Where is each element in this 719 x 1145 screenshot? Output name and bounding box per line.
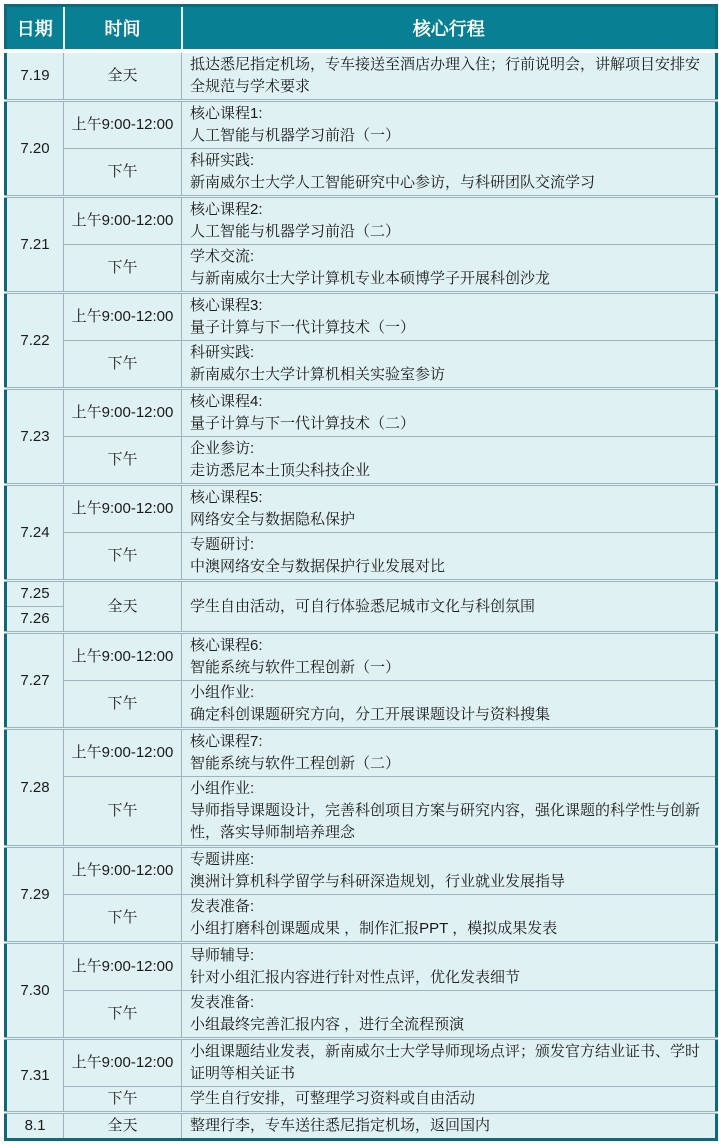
activity-text-line: 抵达悉尼指定机场，专车接送至酒店办理入住；行前说明会，讲解项目安排安全规范与学术…: [190, 54, 707, 98]
itinerary-cell: 企业参访:走访悉尼本土顶尖科技企业: [182, 437, 717, 485]
table-row: 7.19全天抵达悉尼指定机场，专车接送至酒店办理入住；行前说明会，讲解项目安排安…: [6, 51, 717, 101]
time-cell: 下午: [64, 777, 182, 847]
table-row: 7.28上午9:00-12:00核心课程7:智能系统与软件工程创新（二）: [6, 729, 717, 777]
itinerary-table: 日期时间核心行程 7.19全天抵达悉尼指定机场，专车接送至酒店办理入住；行前说明…: [4, 4, 718, 1141]
itinerary-cell: 学生自由活动，可自行体验悉尼城市文化与科创氛围: [182, 581, 717, 633]
itinerary-cell: 学生自行安排，可整理学习资料或自由活动: [182, 1087, 717, 1113]
itinerary-cell: 导师辅导:针对小组汇报内容进行针对性点评，优化发表细节: [182, 943, 717, 991]
activity-text-line: 导师指导课题设计，完善科创项目方案与研究内容，强化课题的科学性与创新性，落实导师…: [190, 800, 707, 844]
time-cell: 上午9:00-12:00: [64, 389, 182, 437]
time-cell: 上午9:00-12:00: [64, 197, 182, 245]
activity-title-line: 小组作业:: [190, 682, 707, 704]
date-cell: 7.31: [6, 1039, 64, 1113]
table-row: 7.20上午9:00-12:00核心课程1:人工智能与机器学习前沿（一）: [6, 101, 717, 149]
time-cell: 上午9:00-12:00: [64, 1039, 182, 1087]
activity-title-line: 导师辅导:: [190, 945, 707, 967]
activity-title-line: 科研实践:: [190, 342, 707, 364]
date-cell: 7.22: [6, 293, 64, 389]
activity-text-line: 人工智能与机器学习前沿（二）: [190, 221, 707, 243]
table-row: 7.27上午9:00-12:00核心课程6:智能系统与软件工程创新（一）: [6, 633, 717, 681]
table-row: 下午科研实践:新南威尔士大学计算机相关实验室参访: [6, 341, 717, 389]
time-cell: 上午9:00-12:00: [64, 943, 182, 991]
time-cell: 全天: [64, 51, 182, 101]
activity-text-line: 澳洲计算机科学留学与科研深造规划，行业就业发展指导: [190, 871, 707, 893]
date-cell: 7.24: [6, 485, 64, 581]
time-cell: 下午: [64, 681, 182, 729]
activity-text-line: 走访悉尼本土顶尖科技企业: [190, 460, 707, 482]
time-cell: 下午: [64, 341, 182, 389]
activity-title-line: 企业参访:: [190, 438, 707, 460]
table-row: 7.31上午9:00-12:00小组课题结业发表，新南威尔士大学导师现场点评；颁…: [6, 1039, 717, 1087]
date-cell: 7.26: [6, 607, 64, 633]
activity-text-line: 针对小组汇报内容进行针对性点评，优化发表细节: [190, 967, 707, 989]
date-cell: 7.27: [6, 633, 64, 729]
table-row: 下午小组作业:导师指导课题设计，完善科创项目方案与研究内容，强化课题的科学性与创…: [6, 777, 717, 847]
column-header-core-itinerary: 核心行程: [182, 6, 717, 52]
date-cell: 7.25: [6, 581, 64, 607]
table-row: 下午发表准备:小组打磨科创课题成果 ，制作汇报PPT ，模拟成果发表: [6, 895, 717, 943]
activity-title-line: 核心课程4:: [190, 391, 707, 413]
activity-text-line: 人工智能与机器学习前沿（一）: [190, 125, 707, 147]
activity-title-line: 小组作业:: [190, 778, 707, 800]
itinerary-cell: 小组作业:导师指导课题设计，完善科创项目方案与研究内容，强化课题的科学性与创新性…: [182, 777, 717, 847]
date-cell: 7.29: [6, 847, 64, 943]
activity-title-line: 科研实践:: [190, 150, 707, 172]
activity-text-line: 新南威尔士大学人工智能研究中心参访，与科研团队交流学习: [190, 172, 707, 194]
itinerary-cell: 核心课程6:智能系统与软件工程创新（一）: [182, 633, 717, 681]
itinerary-cell: 专题讲座:澳洲计算机科学留学与科研深造规划，行业就业发展指导: [182, 847, 717, 895]
activity-title-line: 核心课程5:: [190, 487, 707, 509]
activity-title-line: 专题研讨:: [190, 534, 707, 556]
activity-text-line: 整理行李，专车送往悉尼指定机场，返回国内: [190, 1115, 707, 1137]
activity-title-line: 专题讲座:: [190, 849, 707, 871]
activity-text-line: 确定科创课题研究方向，分工开展课题设计与资料搜集: [190, 704, 707, 726]
itinerary-cell: 抵达悉尼指定机场，专车接送至酒店办理入住；行前说明会，讲解项目安排安全规范与学术…: [182, 51, 717, 101]
activity-text-line: 智能系统与软件工程创新（二）: [190, 753, 707, 775]
activity-text-line: 与新南威尔士大学计算机专业本硕博学子开展科创沙龙: [190, 268, 707, 290]
time-cell: 下午: [64, 437, 182, 485]
itinerary-cell: 整理行李，专车送往悉尼指定机场，返回国内: [182, 1113, 717, 1140]
itinerary-cell: 发表准备:小组最终完善汇报内容 ，进行全流程预演: [182, 991, 717, 1039]
activity-text-line: 学生自由活动，可自行体验悉尼城市文化与科创氛围: [190, 596, 707, 618]
table-row: 7.30上午9:00-12:00导师辅导:针对小组汇报内容进行针对性点评，优化发…: [6, 943, 717, 991]
activity-title-line: 核心课程7:: [190, 731, 707, 753]
table-row: 下午企业参访:走访悉尼本土顶尖科技企业: [6, 437, 717, 485]
time-cell: 上午9:00-12:00: [64, 293, 182, 341]
activity-title-line: 核心课程3:: [190, 295, 707, 317]
time-cell: 下午: [64, 533, 182, 581]
column-header-time: 时间: [64, 6, 182, 52]
activity-text-line: 智能系统与软件工程创新（一）: [190, 657, 707, 679]
itinerary-cell: 核心课程1:人工智能与机器学习前沿（一）: [182, 101, 717, 149]
activity-text-line: 量子计算与下一代计算技术（二）: [190, 413, 707, 435]
activity-text-line: 新南威尔士大学计算机相关实验室参访: [190, 364, 707, 386]
table-row: 7.23上午9:00-12:00核心课程4:量子计算与下一代计算技术（二）: [6, 389, 717, 437]
itinerary-cell: 专题研讨:中澳网络安全与数据保护行业发展对比: [182, 533, 717, 581]
table-row: 下午学生自行安排，可整理学习资料或自由活动: [6, 1087, 717, 1113]
table-row: 下午小组作业:确定科创课题研究方向，分工开展课题设计与资料搜集: [6, 681, 717, 729]
itinerary-cell: 核心课程4:量子计算与下一代计算技术（二）: [182, 389, 717, 437]
time-cell: 下午: [64, 149, 182, 197]
activity-text-line: 中澳网络安全与数据保护行业发展对比: [190, 556, 707, 578]
time-cell: 上午9:00-12:00: [64, 729, 182, 777]
time-cell: 上午9:00-12:00: [64, 101, 182, 149]
date-cell: 7.19: [6, 51, 64, 101]
date-cell: 7.23: [6, 389, 64, 485]
activity-text-line: 小组课题结业发表，新南威尔士大学导师现场点评；颁发官方结业证书、学时证明等相关证…: [190, 1041, 707, 1085]
itinerary-cell: 发表准备:小组打磨科创课题成果 ，制作汇报PPT ，模拟成果发表: [182, 895, 717, 943]
table-row: 下午科研实践:新南威尔士大学人工智能研究中心参访，与科研团队交流学习: [6, 149, 717, 197]
activity-text-line: 学生自行安排，可整理学习资料或自由活动: [190, 1088, 707, 1110]
time-cell: 全天: [64, 1113, 182, 1140]
time-cell: 上午9:00-12:00: [64, 485, 182, 533]
time-cell: 上午9:00-12:00: [64, 847, 182, 895]
activity-title-line: 发表准备:: [190, 992, 707, 1014]
itinerary-cell: 核心课程3:量子计算与下一代计算技术（一）: [182, 293, 717, 341]
activity-text-line: 小组最终完善汇报内容 ，进行全流程预演: [190, 1014, 707, 1036]
itinerary-cell: 核心课程5:网络安全与数据隐私保护: [182, 485, 717, 533]
date-cell: 7.30: [6, 943, 64, 1039]
time-cell: 全天: [64, 581, 182, 633]
itinerary-cell: 核心课程2:人工智能与机器学习前沿（二）: [182, 197, 717, 245]
date-cell: 7.21: [6, 197, 64, 293]
activity-text-line: 网络安全与数据隐私保护: [190, 509, 707, 531]
table-row: 7.21上午9:00-12:00核心课程2:人工智能与机器学习前沿（二）: [6, 197, 717, 245]
time-cell: 下午: [64, 245, 182, 293]
table-row: 下午专题研讨:中澳网络安全与数据保护行业发展对比: [6, 533, 717, 581]
activity-title-line: 核心课程6:: [190, 635, 707, 657]
table-row: 7.29上午9:00-12:00专题讲座:澳洲计算机科学留学与科研深造规划，行业…: [6, 847, 717, 895]
date-cell: 8.1: [6, 1113, 64, 1140]
activity-title-line: 发表准备:: [190, 896, 707, 918]
itinerary-cell: 科研实践:新南威尔士大学人工智能研究中心参访，与科研团队交流学习: [182, 149, 717, 197]
activity-title-line: 学术交流:: [190, 246, 707, 268]
table-row: 7.24上午9:00-12:00核心课程5:网络安全与数据隐私保护: [6, 485, 717, 533]
activity-text-line: 小组打磨科创课题成果 ，制作汇报PPT ，模拟成果发表: [190, 918, 707, 940]
time-cell: 上午9:00-12:00: [64, 633, 182, 681]
itinerary-cell: 小组课题结业发表，新南威尔士大学导师现场点评；颁发官方结业证书、学时证明等相关证…: [182, 1039, 717, 1087]
table-row: 8.1全天整理行李，专车送往悉尼指定机场，返回国内: [6, 1113, 717, 1140]
activity-title-line: 核心课程1:: [190, 103, 707, 125]
table-row: 7.25全天学生自由活动，可自行体验悉尼城市文化与科创氛围: [6, 581, 717, 607]
activity-text-line: 量子计算与下一代计算技术（一）: [190, 317, 707, 339]
table-row: 下午学术交流:与新南威尔士大学计算机专业本硕博学子开展科创沙龙: [6, 245, 717, 293]
table-header: 日期时间核心行程: [6, 6, 717, 52]
itinerary-cell: 核心课程7:智能系统与软件工程创新（二）: [182, 729, 717, 777]
time-cell: 下午: [64, 895, 182, 943]
date-cell: 7.28: [6, 729, 64, 847]
table-row: 下午发表准备:小组最终完善汇报内容 ，进行全流程预演: [6, 991, 717, 1039]
itinerary-cell: 科研实践:新南威尔士大学计算机相关实验室参访: [182, 341, 717, 389]
activity-title-line: 核心课程2:: [190, 199, 707, 221]
date-cell: 7.20: [6, 101, 64, 197]
time-cell: 下午: [64, 991, 182, 1039]
itinerary-cell: 小组作业:确定科创课题研究方向，分工开展课题设计与资料搜集: [182, 681, 717, 729]
time-cell: 下午: [64, 1087, 182, 1113]
itinerary-cell: 学术交流:与新南威尔士大学计算机专业本硕博学子开展科创沙龙: [182, 245, 717, 293]
column-header-date: 日期: [6, 6, 64, 52]
page: 日期时间核心行程 7.19全天抵达悉尼指定机场，专车接送至酒店办理入住；行前说明…: [0, 0, 719, 1145]
table-row: 7.22上午9:00-12:00核心课程3:量子计算与下一代计算技术（一）: [6, 293, 717, 341]
